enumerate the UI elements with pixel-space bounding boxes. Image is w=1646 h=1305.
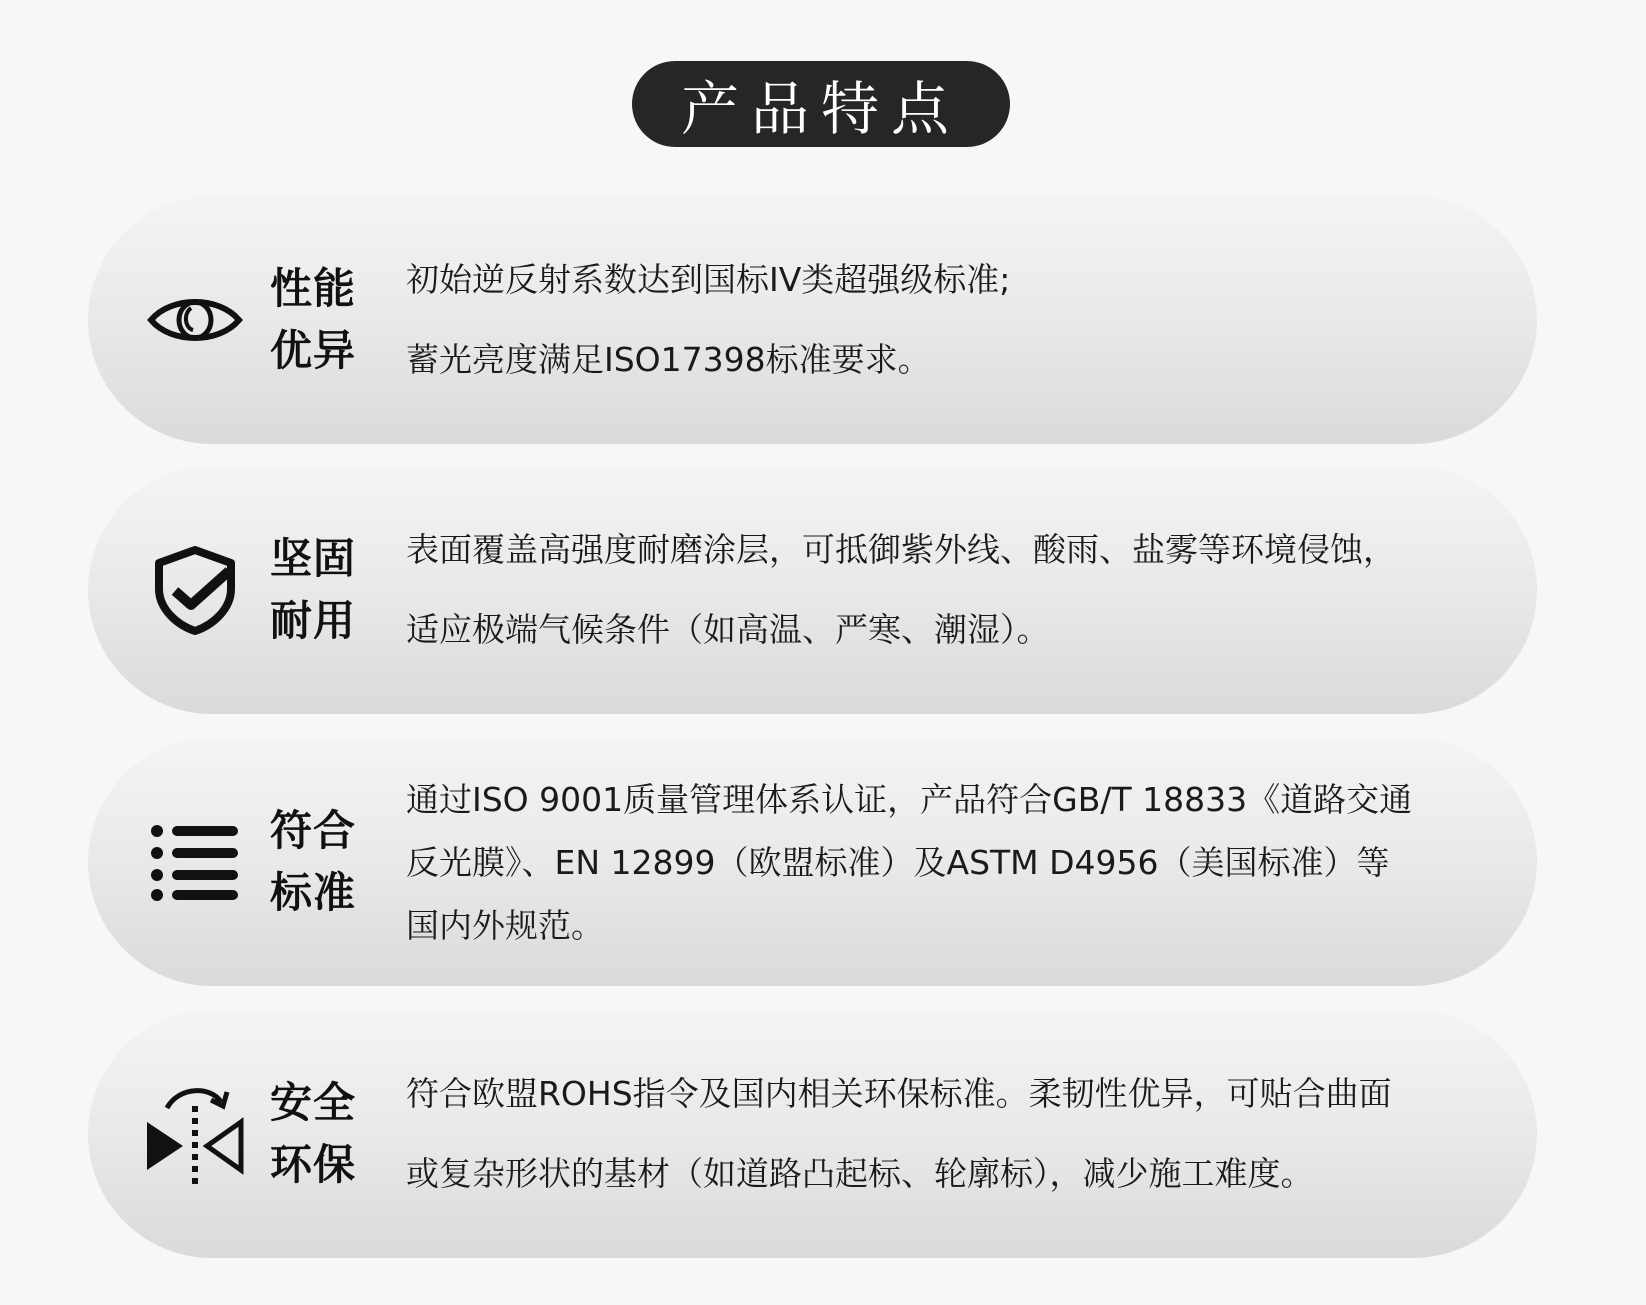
description-line: 反光膜》、EN 12899（欧盟标准）及ASTM D4956（美国标准）等 bbox=[406, 831, 1526, 894]
section-title: 产品特点 bbox=[632, 61, 1010, 147]
list-icon bbox=[140, 738, 250, 986]
feature-description: 初始逆反射系数达到国标IV类超强级标准; 蓄光亮度满足ISO17398标准要求。 bbox=[406, 196, 1526, 444]
heading-line: 性能 bbox=[270, 258, 356, 320]
heading-line: 符合 bbox=[270, 800, 356, 862]
description-line: 蓄光亮度满足ISO17398标准要求。 bbox=[406, 320, 1526, 400]
feature-card-eco: 安全 环保 符合欧盟ROHS指令及国内相关环保标准。柔韧性优异，可贴合曲面 或复… bbox=[88, 1010, 1537, 1258]
feature-card-durability: 坚固 耐用 表面覆盖高强度耐磨涂层，可抵御紫外线、酸雨、盐雾等环境侵蚀， 适应极… bbox=[88, 466, 1537, 714]
heading-line: 优异 bbox=[270, 320, 356, 382]
flip-horizontal-icon bbox=[140, 1010, 250, 1258]
heading-line: 安全 bbox=[270, 1072, 356, 1134]
description-line: 表面覆盖高强度耐磨涂层，可抵御紫外线、酸雨、盐雾等环境侵蚀， bbox=[406, 510, 1526, 590]
feature-description: 表面覆盖高强度耐磨涂层，可抵御紫外线、酸雨、盐雾等环境侵蚀， 适应极端气候条件（… bbox=[406, 466, 1526, 714]
feature-heading: 符合 标准 bbox=[270, 738, 356, 986]
heading-line: 标准 bbox=[270, 862, 356, 924]
feature-card-performance: 性能 优异 初始逆反射系数达到国标IV类超强级标准; 蓄光亮度满足ISO1739… bbox=[88, 196, 1537, 444]
shield-check-icon bbox=[140, 466, 250, 714]
description-line: 适应极端气候条件（如高温、严寒、潮湿）。 bbox=[406, 590, 1526, 670]
feature-heading: 安全 环保 bbox=[270, 1010, 356, 1258]
feature-heading: 坚固 耐用 bbox=[270, 466, 356, 714]
description-line: 国内外规范。 bbox=[406, 894, 1526, 957]
heading-line: 耐用 bbox=[270, 590, 356, 652]
feature-description: 通过ISO 9001质量管理体系认证，产品符合GB/T 18833《道路交通 反… bbox=[406, 738, 1526, 986]
description-line: 初始逆反射系数达到国标IV类超强级标准; bbox=[406, 240, 1526, 320]
feature-card-standards: 符合 标准 通过ISO 9001质量管理体系认证，产品符合GB/T 18833《… bbox=[88, 738, 1537, 986]
description-line: 或复杂形状的基材（如道路凸起标、轮廓标），减少施工难度。 bbox=[406, 1134, 1526, 1214]
heading-line: 坚固 bbox=[270, 528, 356, 590]
description-line: 通过ISO 9001质量管理体系认证，产品符合GB/T 18833《道路交通 bbox=[406, 768, 1526, 831]
heading-line: 环保 bbox=[270, 1134, 356, 1196]
feature-heading: 性能 优异 bbox=[270, 196, 356, 444]
description-line: 符合欧盟ROHS指令及国内相关环保标准。柔韧性优异，可贴合曲面 bbox=[406, 1054, 1526, 1134]
feature-description: 符合欧盟ROHS指令及国内相关环保标准。柔韧性优异，可贴合曲面 或复杂形状的基材… bbox=[406, 1010, 1526, 1258]
eye-icon bbox=[140, 196, 250, 444]
